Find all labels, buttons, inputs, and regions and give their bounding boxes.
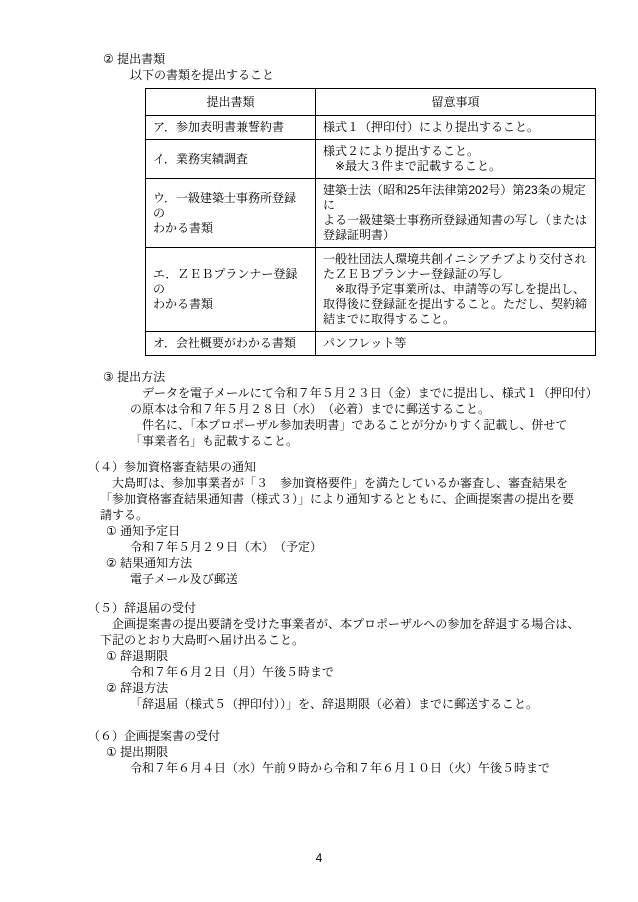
section-submission-method-paragraph: データを電子メールにて令和７年５月２３日（金）までに提出し、様式１（押印付） の… [130, 385, 638, 449]
column-header-note: 留意事項 [316, 89, 596, 116]
table-row: オ．会社概要がわかる書類 パンフレット等 [146, 332, 596, 356]
section-submission-method-heading: ③ 提出方法 [103, 369, 638, 385]
notice-date-label: ① 通知予定日 [106, 523, 638, 539]
table-header-row: 提出書類 留意事項 [146, 89, 596, 116]
doc-cell: イ．業務実績調査 [146, 140, 316, 179]
withdrawal-method-label: ② 辞退方法 [106, 680, 638, 696]
page-number: 4 [0, 850, 638, 866]
doc-cell: ア．参加表明書兼誓約書 [146, 116, 316, 140]
section-proposal: （６）企画提案書の受付 ① 提出期限 令和７年６月４日（水）午前９時から令和７年… [88, 728, 638, 776]
table-row: ウ．一級建築士事務所登録の わかる書類 建築士法（昭和25年法律第202号）第2… [146, 179, 596, 248]
doc-cell: ウ．一級建築士事務所登録の わかる書類 [146, 179, 316, 248]
section-submission-docs-heading: ② 提出書類 [103, 51, 638, 67]
withdrawal-method-value: 「辞退届（様式５（押印付））」を、辞退期限（必着）までに郵送すること。 [130, 696, 638, 712]
section-submission-docs-intro: 以下の書類を提出すること [130, 67, 638, 83]
section-result-notice: （４）参加資格審査結果の通知 大島町は、参加事業者が「３ 参加資格要件」を満たし… [88, 459, 638, 587]
section-withdrawal-paragraph: 企画提案書の提出要請を受けた事業者が、本プロポーザルへの参加を辞退する場合は、 … [100, 616, 638, 648]
section-proposal-heading: （６）企画提案書の受付 [88, 728, 638, 744]
notice-date-value: 令和７年５月２９日（木） （予定） [130, 539, 638, 555]
section-withdrawal-heading: （５）辞退届の受付 [88, 600, 638, 616]
section-result-notice-heading: （４）参加資格審査結果の通知 [88, 459, 638, 475]
table-row: ア．参加表明書兼誓約書 様式１（押印付）により提出すること。 [146, 116, 596, 140]
note-cell: 一般社団法人環境共創イニシアチブより交付され たＺＥＢプランナー登録証の写し ※… [316, 248, 596, 332]
notice-method-value: 電子メール及び郵送 [130, 571, 638, 587]
note-cell: 様式１（押印付）により提出すること。 [316, 116, 596, 140]
doc-cell: オ．会社概要がわかる書類 [146, 332, 316, 356]
table-row: イ．業務実績調査 様式２により提出すること。 ※最大３件まで記載すること。 [146, 140, 596, 179]
note-cell: パンフレット等 [316, 332, 596, 356]
withdrawal-deadline-value: 令和７年６月２日（月）午後５時まで [130, 664, 638, 680]
section-result-notice-paragraph: 大島町は、参加事業者が「３ 参加資格要件」を満たしているか審査し、審査結果を 「… [100, 475, 638, 523]
doc-cell: エ．ＺＥＢプランナー登録の わかる書類 [146, 248, 316, 332]
proposal-deadline-value: 令和７年６月４日（水）午前９時から令和７年６月１０日（火）午後５時まで [130, 760, 638, 776]
column-header-doc: 提出書類 [146, 89, 316, 116]
note-cell: 様式２により提出すること。 ※最大３件まで記載すること。 [316, 140, 596, 179]
note-cell: 建築士法（昭和25年法律第202号）第23条の規定に よる一級建築士事務所登録通… [316, 179, 596, 248]
submission-docs-table: 提出書類 留意事項 ア．参加表明書兼誓約書 様式１（押印付）により提出すること。… [145, 88, 596, 356]
table-row: エ．ＺＥＢプランナー登録の わかる書類 一般社団法人環境共創イニシアチブより交付… [146, 248, 596, 332]
proposal-deadline-label: ① 提出期限 [106, 744, 638, 760]
withdrawal-deadline-label: ① 辞退期限 [106, 648, 638, 664]
document-page: ② 提出書類 以下の書類を提出すること 提出書類 留意事項 ア．参加表明書兼誓約… [0, 0, 638, 902]
notice-method-label: ② 結果通知方法 [106, 555, 638, 571]
section-withdrawal: （５）辞退届の受付 企画提案書の提出要請を受けた事業者が、本プロポーザルへの参加… [88, 600, 638, 712]
